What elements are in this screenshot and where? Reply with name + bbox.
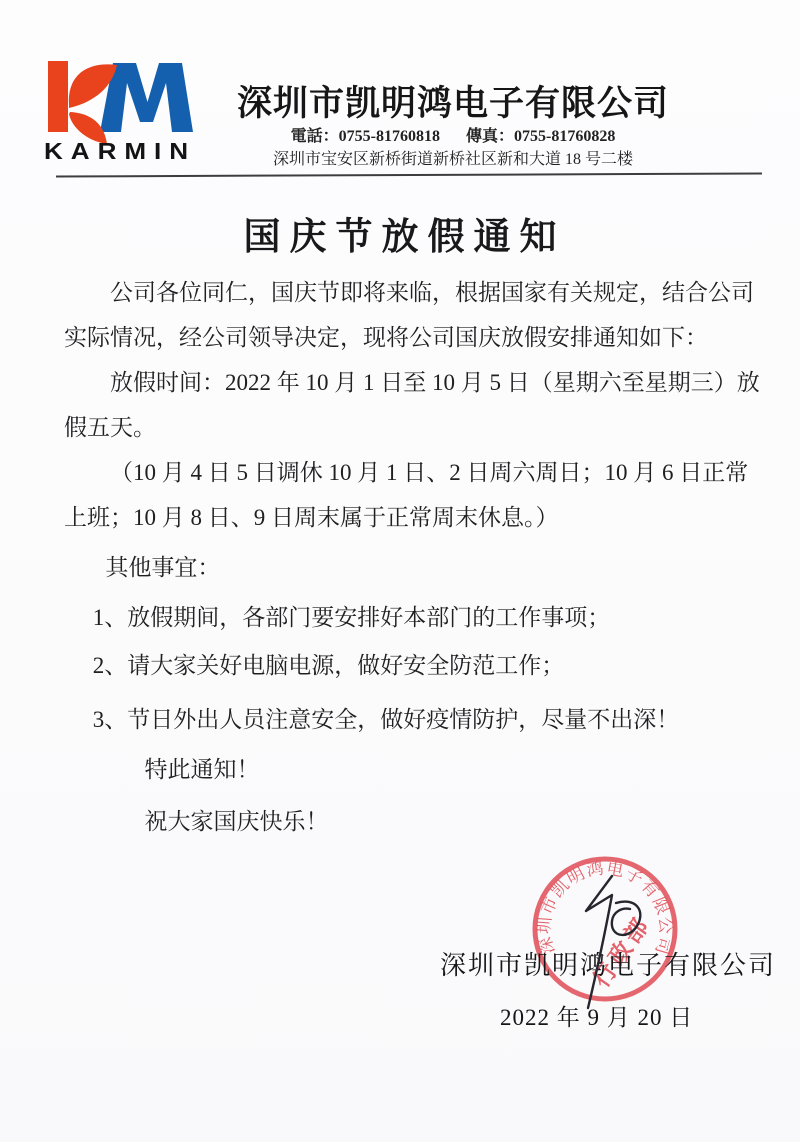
scanned-notice-page: KARMIN 深圳市凯明鸿电子有限公司 電話：0755-81760818傳真：0… (0, 0, 800, 1142)
contact-row: 電話：0755-81760818傳真：0755-81760828 (236, 123, 670, 146)
signature-stroke-loop (612, 902, 640, 935)
signature-stroke-main (586, 876, 612, 1008)
notice-item-3: 3、节日外出人员注意安全，做好疫情防护，尽量不出深！ (64, 697, 762, 742)
notice-paragraph-swap-days: （10 月 4 日 5 日调休 10 月 1 日、2 日周六周日；10 月 6 … (64, 450, 762, 540)
karmin-logo: KARMIN (40, 55, 216, 167)
notice-paragraph-holiday-time: 放假时间：2022 年 10 月 1 日至 10 月 5 日（星期六至星期三）放… (64, 360, 762, 450)
notice-item-2: 2、请大家关好电脑电源，做好安全防范工作； (64, 643, 762, 688)
logo-wordmark: KARMIN (44, 138, 196, 164)
handwritten-signature (540, 858, 670, 1023)
company-name-heading: 深圳市凯明鸿电子有限公司 (236, 76, 670, 126)
notice-paragraph-intro: 公司各位同仁，国庆节即将来临，根据国家有关规定，结合公司实际情况，经公司领导决定… (64, 270, 762, 360)
phone-number: 0755-81760818 (339, 128, 440, 145)
notice-closing-wish: 祝大家国庆快乐！ (64, 799, 762, 844)
notice-body: 公司各位同仁，国庆节即将来临，根据国家有关规定，结合公司实际情况，经公司领导决定… (64, 270, 762, 844)
company-address: 深圳市宝安区新桥街道新桥社区新和大道 18 号二楼 (236, 146, 670, 169)
logo-k-letter (48, 61, 68, 132)
notice-item-1: 1、放假期间，各部门要安排好本部门的工作事项； (64, 595, 762, 640)
phone-label: 電話： (291, 128, 339, 145)
notice-title: 国庆节放假通知 (0, 206, 800, 260)
fax-number: 0755-81760828 (514, 128, 615, 145)
fax-label: 傳真： (466, 128, 514, 145)
header-divider-rule (56, 172, 762, 177)
notice-other-matters-heading: 其他事宜： (64, 545, 762, 590)
notice-closing-hereby: 特此通知！ (64, 747, 762, 792)
